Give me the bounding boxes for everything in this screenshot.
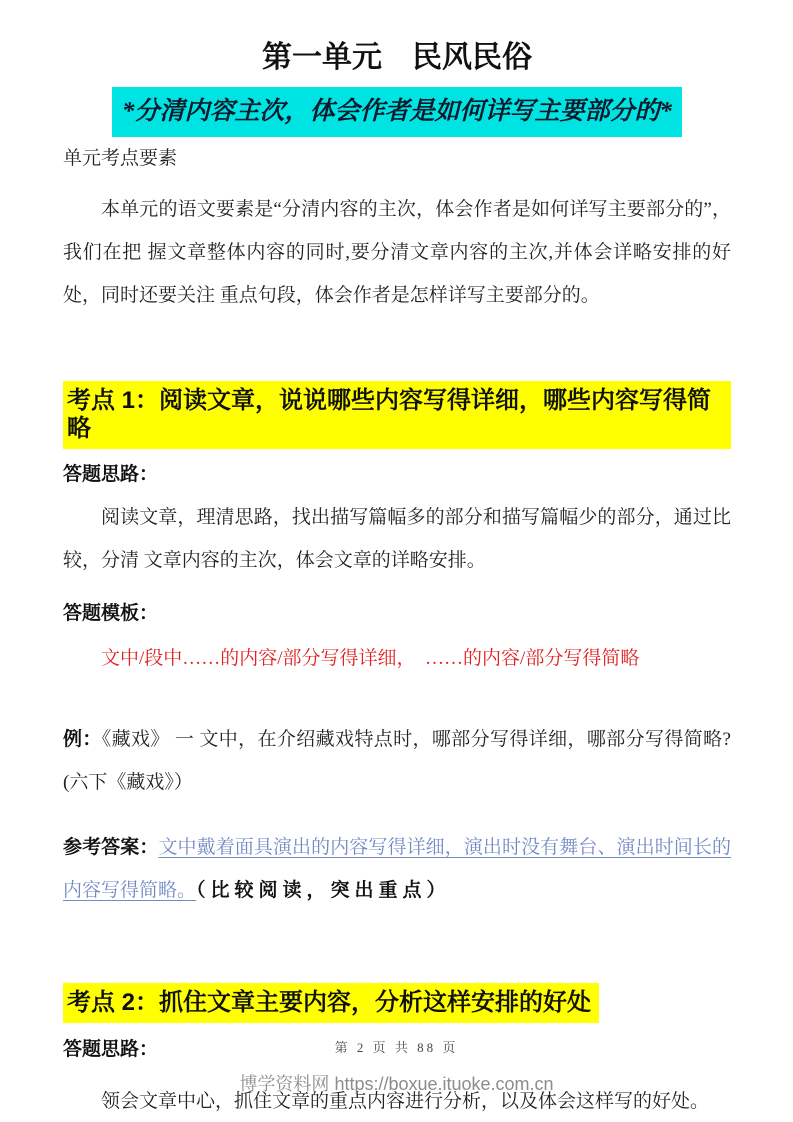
example-label: 例： xyxy=(63,729,102,750)
unit-intro-paragraph: 本单元的语文要素是“分清内容的主次，体会作者是如何详写主要部分的”，我们在把 握… xyxy=(63,188,731,317)
reference-answer-note: （比较阅读，突出重点） xyxy=(196,880,451,901)
page-title: 第一单元 民风民俗 xyxy=(63,38,731,78)
kaodian1-heading: 考点 1：阅读文章，说说哪些内容写得详细，哪些内容写得简略 xyxy=(63,381,731,449)
unit-focus-banner-wrap: *分清内容主次，体会作者是如何详写主要部分的* xyxy=(63,87,731,137)
kaodian1-answer-approach-text: 阅读文章，理清思路，找出描写篇幅多的部分和描写篇幅少的部分，通过比较，分清 文章… xyxy=(63,496,731,582)
document-page: 第一单元 民风民俗 *分清内容主次，体会作者是如何详写主要部分的* 单元考点要素… xyxy=(0,0,793,1122)
page-footer: 第 2 页 共 88 页 博学资料网 https://boxue.ituoke.… xyxy=(0,1037,793,1122)
kaodian1-example-paragraph: 例：《藏戏》 一 文中，在介绍藏戏特点时，哪部分写得详细，哪部分写得简略?(六下… xyxy=(63,718,731,804)
unit-focus-banner: *分清内容主次，体会作者是如何详写主要部分的* xyxy=(112,87,682,137)
kaodian2-heading: 考点 2：抓住文章主要内容，分析这样安排的好处 xyxy=(63,983,599,1023)
page-number-indicator: 第 2 页 共 88 页 xyxy=(0,1037,793,1056)
reference-answer-label: 参考答案： xyxy=(63,837,158,858)
kaodian1-answer-template-label: 答题模板： xyxy=(63,602,731,626)
site-watermark-link[interactable]: 博学资料网 https://boxue.ituoke.com.cn xyxy=(0,1070,793,1096)
kaodian1-reference-answer-paragraph: 参考答案：文中戴着面具演出的内容写得详细，演出时没有舞台、演出时间长的内容写得简… xyxy=(63,826,731,912)
example-text: 《藏戏》 一 文中，在介绍藏戏特点时，哪部分写得详细，哪部分写得简略?(六下《藏… xyxy=(63,729,731,793)
kaodian1-section: 考点 1：阅读文章，说说哪些内容写得详细，哪些内容写得简略 答题思路： 阅读文章… xyxy=(63,381,731,912)
kaodian1-answer-template-text: 文中/段中……的内容/部分写得详细， ……的内容/部分写得简略 xyxy=(63,637,731,680)
unit-exam-points-label: 单元考点要素 xyxy=(63,146,731,172)
kaodian1-answer-approach-label: 答题思路： xyxy=(63,463,731,487)
